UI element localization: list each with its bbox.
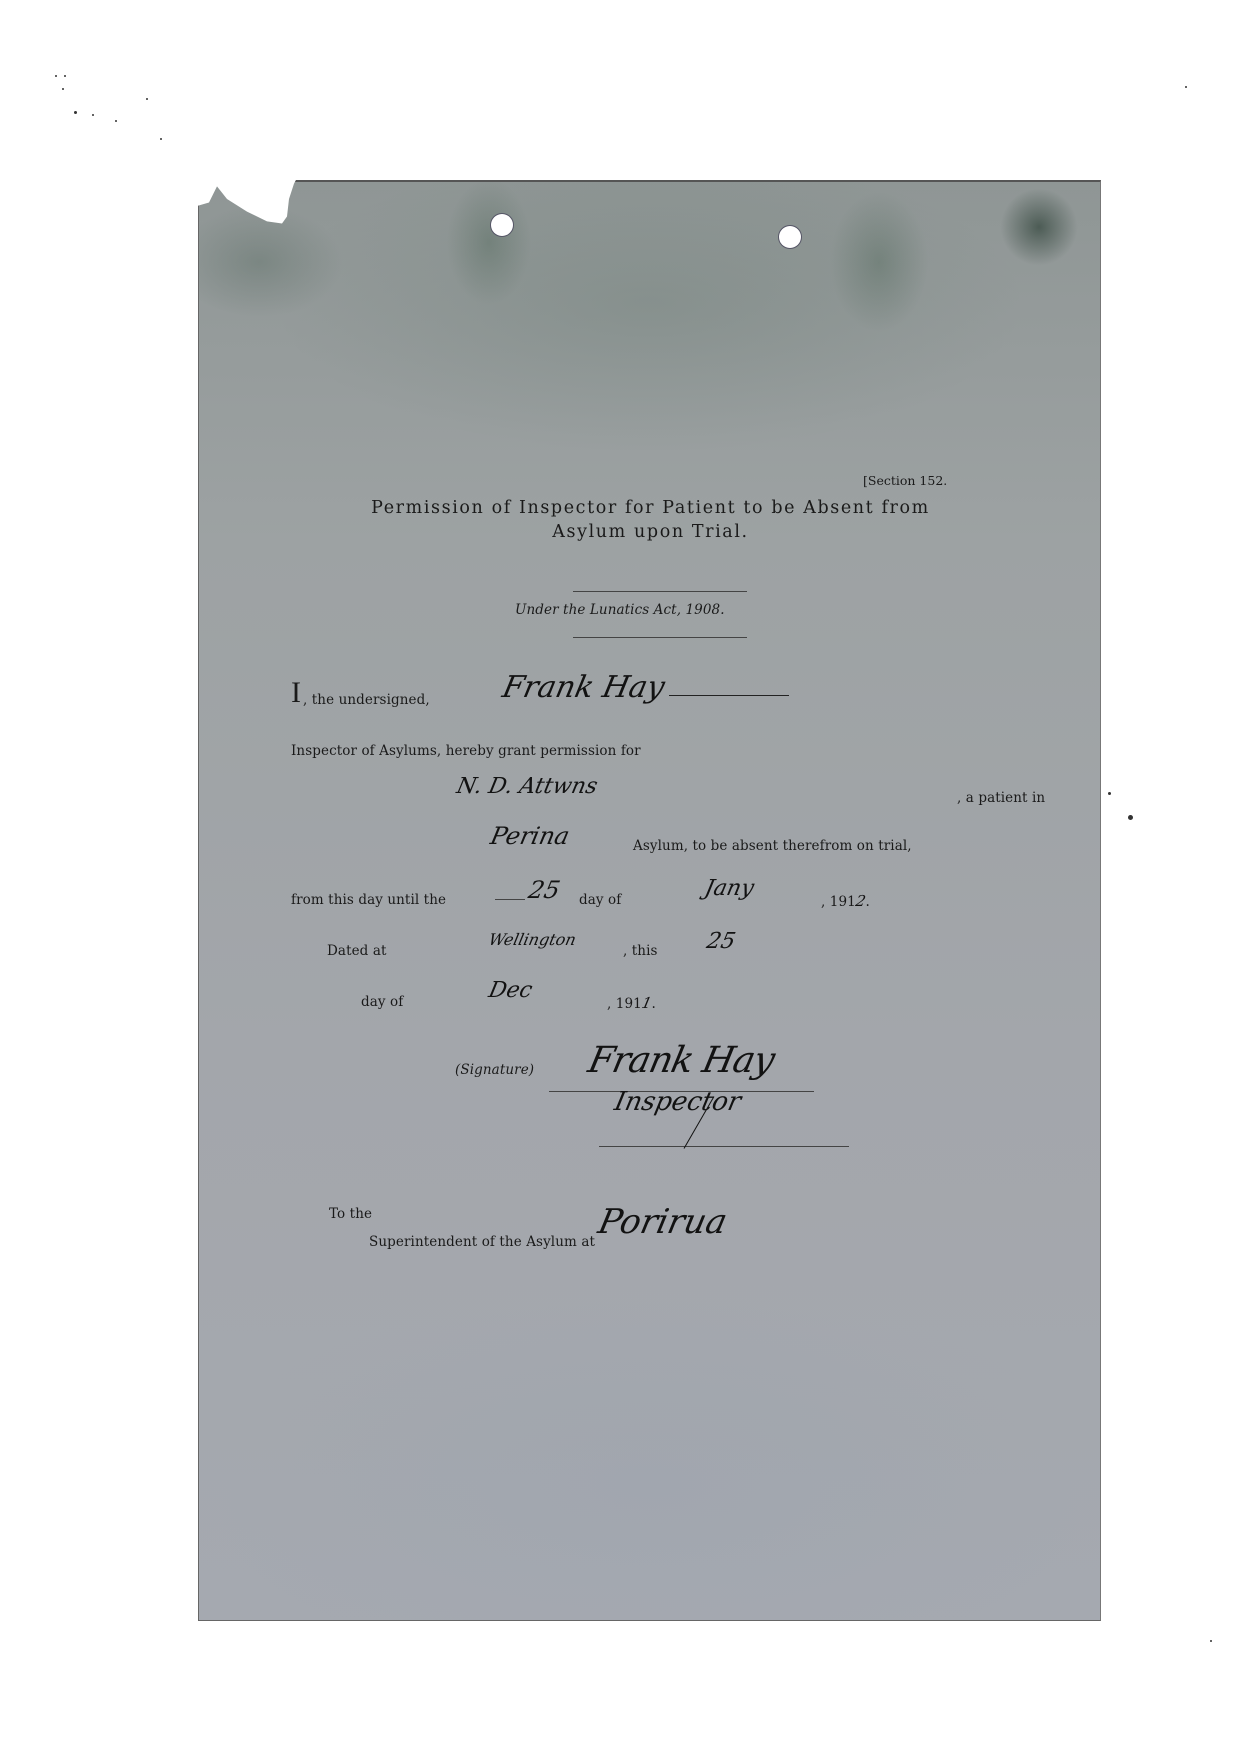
inspector-of-asylums-line: Inspector of Asylums, hereby grant permi…: [291, 743, 641, 759]
scan-speck: [1210, 1640, 1212, 1642]
dated-at-label: Dated at: [327, 943, 387, 959]
scan-speck: [115, 120, 117, 122]
opening-letter: I: [291, 678, 301, 708]
superintendent-asylum-handwritten: Porirua: [595, 1202, 731, 1242]
name-flourish: [669, 695, 789, 696]
scan-speck: [62, 88, 64, 90]
title-line: [599, 1146, 849, 1147]
scan-speck: [1185, 86, 1187, 88]
undersigned-label: , the undersigned,: [303, 692, 430, 708]
until-day-of-label: day of: [579, 892, 621, 908]
act-subtitle: Under the Lunatics Act, 1908.: [515, 602, 725, 618]
punch-hole-left: [491, 214, 513, 236]
scan-speck: [146, 98, 148, 100]
scan-speck: [64, 75, 66, 77]
section-reference: [Section 152.: [863, 473, 947, 488]
until-month-handwritten: Jany: [702, 876, 756, 901]
subtitle-top-rule: [573, 591, 747, 592]
patient-in-label: , a patient in: [957, 790, 1045, 806]
dated-day-handwritten: 25: [704, 929, 737, 954]
patient-name-handwritten: N. D. Attwns: [454, 774, 599, 799]
dated-place-handwritten: Wellington: [487, 930, 578, 949]
scan-speck: [74, 111, 77, 114]
signature-title-handwritten: Inspector: [612, 1087, 744, 1117]
subtitle-bottom-rule: [573, 637, 747, 638]
inspector-name-handwritten: Frank Hay: [499, 670, 668, 705]
from-this-day-label: from this day until the: [291, 892, 446, 908]
dated-year-printed: , 191: [607, 996, 642, 1012]
dated-year: , 1911.: [607, 994, 656, 1012]
scan-speck: [55, 75, 57, 77]
scan-speck: [92, 114, 94, 116]
signature-handwritten: Frank Hay: [585, 1040, 778, 1081]
document-title-line2: Asylum upon Trial.: [199, 522, 1102, 542]
until-day-handwritten: 25: [526, 876, 562, 904]
this-label: , this: [623, 943, 658, 959]
to-the-label: To the: [329, 1206, 372, 1222]
scan-speck: [1108, 792, 1111, 795]
until-year-printed: , 191: [821, 894, 856, 910]
superintendent-label: Superintendent of the Asylum at: [369, 1234, 595, 1250]
punch-hole-right: [779, 226, 801, 248]
dated-day-of-label: day of: [361, 994, 403, 1010]
scan-speck: [160, 138, 162, 140]
dated-month-handwritten: Dec: [486, 978, 534, 1003]
until-day-dash: [495, 899, 525, 900]
torn-corner: [197, 178, 297, 248]
document-page: [Section 152. Permission of Inspector fo…: [198, 180, 1101, 1621]
absent-therefrom-line: Asylum, to be absent therefrom on trial,: [633, 838, 912, 854]
signature-label: (Signature): [455, 1062, 534, 1078]
until-year: , 1912.: [821, 892, 870, 910]
asylum-name-handwritten: Perina: [488, 822, 572, 850]
scan-speck: [1128, 815, 1133, 820]
document-title-line1: Permission of Inspector for Patient to b…: [199, 498, 1102, 518]
